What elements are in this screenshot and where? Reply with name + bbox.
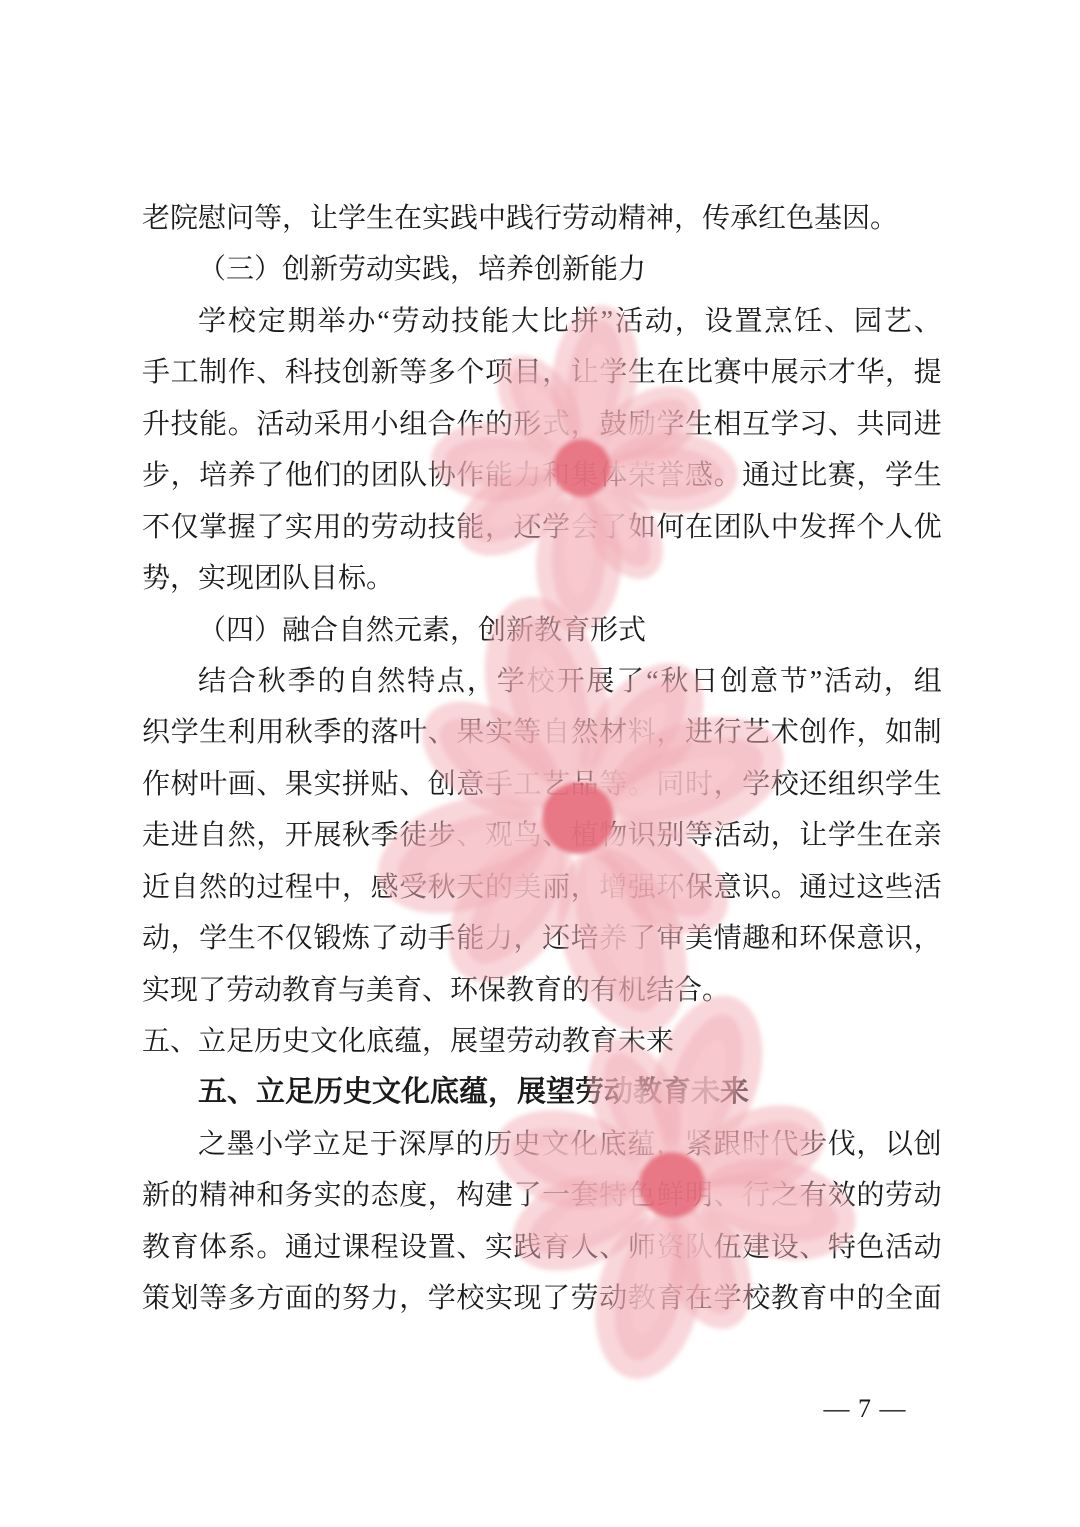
text-char: 有 <box>799 1170 827 1221</box>
text-char: 举 <box>318 296 346 347</box>
text-char: 、 <box>456 810 484 861</box>
text-char: 自 <box>542 707 570 758</box>
text-char: 秋 <box>660 656 688 707</box>
text-char: 活 <box>914 862 942 913</box>
text-char: 不 <box>256 913 284 964</box>
text-char: ， <box>485 502 513 553</box>
text-char: 展 <box>771 347 799 398</box>
text-char: 全 <box>885 1273 913 1324</box>
text-char: 能 <box>485 450 513 501</box>
text-char: 队 <box>742 502 770 553</box>
text-char: 史 <box>513 1119 541 1170</box>
text-char: 美 <box>514 862 542 913</box>
text-char: 何 <box>656 502 684 553</box>
text-char: 生 <box>856 810 884 861</box>
text-char: 进 <box>171 810 199 861</box>
text-char: 结 <box>198 656 226 707</box>
text-char: 动 <box>914 1170 942 1221</box>
text-char: 项 <box>485 347 513 398</box>
text-char: 等 <box>199 1273 227 1324</box>
text-char: 。 <box>771 862 799 913</box>
text-line: 策划等多方面的努力，学校实现了劳动教育在学校教育中的全面 <box>142 1273 942 1324</box>
text-char: 动 <box>399 913 427 964</box>
text-char: 仅 <box>285 913 313 964</box>
text-char: 、 <box>399 759 427 810</box>
text-char: 目 <box>514 347 542 398</box>
text-char: 厚 <box>427 1119 455 1170</box>
text-char: 的 <box>318 656 346 707</box>
text-char: 学 <box>198 296 226 347</box>
text-char: 制 <box>199 347 227 398</box>
text-char: 劳 <box>885 1170 913 1221</box>
text-char: 手 <box>428 913 456 964</box>
text-char: 个 <box>456 347 484 398</box>
text-char: 效 <box>828 1170 856 1221</box>
text-char: 自 <box>347 656 375 707</box>
text-char: 些 <box>885 862 913 913</box>
text-char: 行 <box>714 707 742 758</box>
text-char: 足 <box>341 1119 369 1170</box>
text-char: 伐 <box>828 1119 856 1170</box>
text-char: 近 <box>142 862 170 913</box>
text-char: 优 <box>914 502 942 553</box>
text-char: 日 <box>690 656 718 707</box>
text-char: 步 <box>799 1119 827 1170</box>
text-char: 锻 <box>313 913 341 964</box>
text-char: 活 <box>256 399 284 450</box>
text-char: 面 <box>914 1273 942 1324</box>
text-char: 深 <box>398 1119 426 1170</box>
text-char: 手 <box>485 759 513 810</box>
text-char: 。 <box>628 759 656 810</box>
text-char: 面 <box>285 1273 313 1324</box>
text-char: 期 <box>288 296 316 347</box>
text-line: 结合秋季的自然特点，学校开展了“秋日创意节”活动，组 <box>142 656 942 707</box>
text-char: 程 <box>371 1222 399 1273</box>
text-char: 组 <box>914 656 942 707</box>
heading-line: 五、立足历史文化底蕴，展望劳动教育未来 <box>142 1067 942 1118</box>
text-char: 合 <box>228 656 256 707</box>
text-line: 五、立足历史文化底蕴，展望劳动教育未来 <box>142 1016 942 1067</box>
text-char: 识 <box>742 862 770 913</box>
text-char: ” <box>810 656 822 707</box>
text-line: 不仅掌握了实用的劳动技能，还学会了如何在团队中发挥个人优 <box>142 502 942 553</box>
text-char: 感 <box>685 450 713 501</box>
text-char: 学 <box>542 502 570 553</box>
text-char: 力 <box>371 1273 399 1324</box>
text-char: 实 <box>485 707 513 758</box>
text-char: 步 <box>142 450 170 501</box>
text-char: ， <box>171 913 199 964</box>
text-char: 的 <box>313 1273 341 1324</box>
text-char: 过 <box>828 862 856 913</box>
text-char: ， <box>571 862 599 913</box>
text-char: 意 <box>750 656 778 707</box>
text-char: “ <box>646 656 658 707</box>
text-char: 养 <box>599 913 627 964</box>
text-char: 文 <box>542 1119 570 1170</box>
text-char: 校 <box>742 1273 770 1324</box>
text-line: 作树叶画、果实拼贴、创意手工艺品等。同时，学校还组织学生 <box>142 759 942 810</box>
text-char: 通 <box>742 450 770 501</box>
text-char: 大 <box>511 296 539 347</box>
text-char: 还 <box>542 913 570 964</box>
text-char: 制 <box>914 707 942 758</box>
text-char: 创 <box>428 759 456 810</box>
text-char: 美 <box>685 913 713 964</box>
text-char: 同 <box>656 759 684 810</box>
text-char: 天 <box>456 862 484 913</box>
text-char: 励 <box>628 399 656 450</box>
text-char: 的 <box>485 399 513 450</box>
text-char: 丽 <box>542 862 570 913</box>
document-page: 老院慰问等，让学生在实践中践行劳动精神，传承红色基因。（三）创新劳动实践，培养创… <box>0 0 1080 1527</box>
text-char: 挥 <box>828 502 856 553</box>
text-char: 的 <box>228 862 256 913</box>
text-char: 于 <box>370 1119 398 1170</box>
text-char: 的 <box>342 450 370 501</box>
text-line: 新的精神和务实的态度，构建了一套特色鲜明、行之有效的劳动 <box>142 1170 942 1221</box>
text-char: 生 <box>628 347 656 398</box>
text-char: 鸟 <box>514 810 542 861</box>
text-char: 了 <box>371 913 399 964</box>
text-char: 过 <box>313 1222 341 1273</box>
text-char: 教 <box>628 1273 656 1324</box>
text-char: 们 <box>313 450 341 501</box>
text-char: 形 <box>514 399 542 450</box>
text-char: 在 <box>656 347 684 398</box>
text-char: 能 <box>199 399 227 450</box>
text-line: 手工制作、科技创新等多个项目，让学生在比赛中展示才华，提 <box>142 347 942 398</box>
text-char: 学 <box>885 450 913 501</box>
text-char: 一 <box>542 1170 570 1221</box>
text-char: 在 <box>685 502 713 553</box>
text-char: ” <box>601 296 613 347</box>
text-char: 、 <box>256 347 284 398</box>
text-char: 画 <box>228 759 256 810</box>
text-char: 技 <box>313 347 341 398</box>
text-char: 了 <box>542 1273 570 1324</box>
text-char: 特 <box>407 656 435 707</box>
text-char: 培 <box>571 913 599 964</box>
text-char: 精 <box>199 1170 227 1221</box>
text-char: 践 <box>514 1222 542 1273</box>
text-char: 科 <box>285 347 313 398</box>
text-char: 小 <box>255 1119 283 1170</box>
text-char: 自 <box>199 810 227 861</box>
text-char: 环 <box>656 862 684 913</box>
text-char: 用 <box>313 502 341 553</box>
text-char: 办 <box>347 296 375 347</box>
text-char: 设 <box>705 296 733 347</box>
text-char: 仅 <box>171 502 199 553</box>
text-char: 程 <box>285 862 313 913</box>
text-char: 才 <box>828 347 856 398</box>
text-char: 、 <box>256 759 284 810</box>
text-char: ， <box>656 707 684 758</box>
text-char: 握 <box>228 502 256 553</box>
text-char: 的 <box>456 1119 484 1170</box>
text-char: 和 <box>771 913 799 964</box>
text-char: 组 <box>399 399 427 450</box>
text-char: 能 <box>456 913 484 964</box>
text-char: 学 <box>497 656 525 707</box>
text-char: 之 <box>771 1170 799 1221</box>
text-char: 动 <box>742 810 770 861</box>
text-char: 识 <box>628 810 656 861</box>
text-char: 中 <box>313 862 341 913</box>
text-char: 组 <box>828 759 856 810</box>
text-char: 特 <box>828 1222 856 1273</box>
text-char: 开 <box>557 656 585 707</box>
text-char: 行 <box>742 1170 770 1221</box>
text-char: 然 <box>377 656 405 707</box>
text-char: 季 <box>288 656 316 707</box>
text-char: 工 <box>171 347 199 398</box>
text-char: 育 <box>656 1273 684 1324</box>
text-char: 让 <box>571 347 599 398</box>
text-char: ， <box>885 347 913 398</box>
text-char: 体 <box>199 1222 227 1273</box>
text-line: 势，实现团队目标。 <box>142 553 942 604</box>
text-char: 比 <box>685 347 713 398</box>
text-char: 教 <box>771 1273 799 1324</box>
text-char: “ <box>377 296 389 347</box>
text-char: 强 <box>628 862 656 913</box>
text-line: （三）创新劳动实践，培养创新能力 <box>142 244 942 295</box>
text-char: 立 <box>313 1119 341 1170</box>
text-char: 人 <box>885 502 913 553</box>
text-char: 墨 <box>227 1119 255 1170</box>
text-char: 叶 <box>199 759 227 810</box>
text-char: 落 <box>371 707 399 758</box>
text-char: 拼 <box>342 759 370 810</box>
text-char: ， <box>571 399 599 450</box>
text-char: 建 <box>742 1222 770 1273</box>
text-char: 新 <box>142 1170 170 1221</box>
text-char: 务 <box>285 1170 313 1221</box>
text-char: 互 <box>742 399 770 450</box>
text-char: 还 <box>514 502 542 553</box>
text-char: ， <box>856 707 884 758</box>
text-char: 然 <box>228 810 256 861</box>
text-char: 师 <box>628 1222 656 1273</box>
text-char: ， <box>514 913 542 964</box>
text-char: 团 <box>714 502 742 553</box>
text-char: 创 <box>799 707 827 758</box>
text-char: 的 <box>342 707 370 758</box>
text-line: 学校定期举办“劳动技能大比拼”活动，设置烹饪、园艺、 <box>142 296 942 347</box>
text-char: 代 <box>771 1119 799 1170</box>
text-char: 人 <box>571 1222 599 1273</box>
text-char: ， <box>342 862 370 913</box>
text-char: 等 <box>399 347 427 398</box>
text-char: 示 <box>799 347 827 398</box>
text-char: 校 <box>527 656 555 707</box>
text-char: 鲜 <box>656 1170 684 1221</box>
text-line: 实现了劳动教育与美育、环保教育的有机结合。 <box>142 965 942 1016</box>
text-char: 套 <box>571 1170 599 1221</box>
text-char: 这 <box>856 862 884 913</box>
text-char: 同 <box>885 399 913 450</box>
text-char: ， <box>714 759 742 810</box>
text-char: 技 <box>428 502 456 553</box>
text-char: ， <box>675 296 703 347</box>
text-char: 育 <box>171 1222 199 1273</box>
text-char: 在 <box>685 1273 713 1324</box>
text-char: 活 <box>714 810 742 861</box>
text-char: 的 <box>856 1170 884 1221</box>
text-char: 了 <box>616 656 644 707</box>
text-char: 通 <box>799 862 827 913</box>
text-char: 合 <box>428 399 456 450</box>
text-char: 历 <box>484 1119 512 1170</box>
text-char: 划 <box>171 1273 199 1324</box>
text-char: 材 <box>599 707 627 758</box>
text-char: 动 <box>599 1273 627 1324</box>
text-char: 季 <box>313 707 341 758</box>
text-char: 队 <box>399 450 427 501</box>
text-char: 队 <box>685 1222 713 1273</box>
text-char: 秋 <box>285 707 313 758</box>
text-char: 构 <box>456 1170 484 1221</box>
text-char: 步 <box>428 810 456 861</box>
text-char: 底 <box>599 1119 627 1170</box>
text-char: 的 <box>171 1170 199 1221</box>
text-char: 建 <box>485 1170 513 1221</box>
text-char: 个 <box>856 502 884 553</box>
text-char: 发 <box>799 502 827 553</box>
text-char: 体 <box>599 450 627 501</box>
text-line: 近自然的过程中，感受秋天的美丽，增强环保意识。通过这些活 <box>142 862 942 913</box>
text-char: 增 <box>599 862 627 913</box>
text-char: 色 <box>628 1170 656 1221</box>
text-line: 教育体系。通过课程设置、实践育人、师资队伍建设、特色活动 <box>142 1222 942 1273</box>
text-char: 生 <box>228 913 256 964</box>
text-char: 、 <box>714 1170 742 1221</box>
text-char: 让 <box>799 810 827 861</box>
text-char: 、 <box>914 296 942 347</box>
text-char: 活 <box>885 1222 913 1273</box>
text-char: 技 <box>451 296 479 347</box>
text-char: 力 <box>485 913 513 964</box>
text-char: 手 <box>142 347 170 398</box>
text-char: 誉 <box>656 450 684 501</box>
text-char: 课 <box>342 1222 370 1273</box>
text-char: 展 <box>586 656 614 707</box>
text-char: 努 <box>342 1273 370 1324</box>
document-body: 老院慰问等，让学生在实践中践行劳动精神，传承红色基因。（三）创新劳动实践，培养创… <box>142 193 942 1325</box>
text-char: 定 <box>258 296 286 347</box>
text-char: 观 <box>485 810 513 861</box>
text-char: 物 <box>599 810 627 861</box>
text-char: 他 <box>285 450 313 501</box>
text-char: 方 <box>256 1273 284 1324</box>
text-char: 以 <box>885 1119 913 1170</box>
text-char: 实 <box>485 1222 513 1273</box>
text-char: 校 <box>456 1273 484 1324</box>
text-char: 节 <box>780 656 808 707</box>
text-char: 实 <box>485 1273 513 1324</box>
text-char: 作 <box>456 399 484 450</box>
text-char: 学 <box>171 707 199 758</box>
text-char: 了 <box>599 502 627 553</box>
text-char: 不 <box>142 502 170 553</box>
text-char: 中 <box>771 502 799 553</box>
text-char: 相 <box>714 399 742 450</box>
text-char: 点 <box>437 656 465 707</box>
text-char: 。 <box>256 1222 284 1273</box>
text-char: 色 <box>856 1222 884 1273</box>
text-char: 识 <box>885 913 913 964</box>
text-char: 进 <box>914 399 942 450</box>
text-char: 置 <box>734 296 762 347</box>
text-char: 、 <box>799 1222 827 1273</box>
text-char: 进 <box>685 707 713 758</box>
text-char: 工 <box>514 759 542 810</box>
text-char: 走 <box>142 810 170 861</box>
text-char: 艺 <box>542 759 570 810</box>
text-char: ， <box>256 810 284 861</box>
text-char: 中 <box>828 1273 856 1324</box>
text-char: 用 <box>256 707 284 758</box>
text-char: 树 <box>171 759 199 810</box>
text-char: 特 <box>599 1170 627 1221</box>
text-char: 秋 <box>428 862 456 913</box>
text-char: 教 <box>142 1222 170 1273</box>
text-char: 贴 <box>371 759 399 810</box>
text-char: 技 <box>171 399 199 450</box>
text-char: 料 <box>628 707 656 758</box>
text-char: 术 <box>771 707 799 758</box>
text-char: 设 <box>399 1222 427 1273</box>
text-char: 学 <box>428 1273 456 1324</box>
text-char: 环 <box>799 913 827 964</box>
text-char: 育 <box>799 1273 827 1324</box>
text-char: 伍 <box>714 1222 742 1273</box>
text-char: 感 <box>371 862 399 913</box>
text-char: 季 <box>371 810 399 861</box>
text-char: 度 <box>399 1170 427 1221</box>
text-char: 实 <box>313 1170 341 1221</box>
text-char: 策 <box>142 1273 170 1324</box>
text-line: （四）融合自然元素，创新教育形式 <box>142 605 942 656</box>
text-char: 集 <box>571 450 599 501</box>
text-char: 时 <box>742 1119 770 1170</box>
text-char: 动 <box>142 913 170 964</box>
text-char: ， <box>771 810 799 861</box>
text-char: 了 <box>256 450 284 501</box>
text-char: 采 <box>313 399 341 450</box>
text-char: 意 <box>856 913 884 964</box>
text-char: 置 <box>428 1222 456 1273</box>
text-char: 化 <box>570 1119 598 1170</box>
text-char: 比 <box>799 450 827 501</box>
text-char: 提 <box>914 347 942 398</box>
text-char: 校 <box>228 296 256 347</box>
text-char: 受 <box>399 862 427 913</box>
text-char: 了 <box>514 1170 542 1221</box>
text-char: 习 <box>799 399 827 450</box>
text-char: 现 <box>514 1273 542 1324</box>
text-char: 实 <box>285 502 313 553</box>
text-char: 劳 <box>571 1273 599 1324</box>
text-char: 作 <box>142 759 170 810</box>
text-char: 作 <box>828 707 856 758</box>
text-char: 保 <box>828 913 856 964</box>
text-char: 活 <box>824 656 852 707</box>
text-char: 劳 <box>371 502 399 553</box>
